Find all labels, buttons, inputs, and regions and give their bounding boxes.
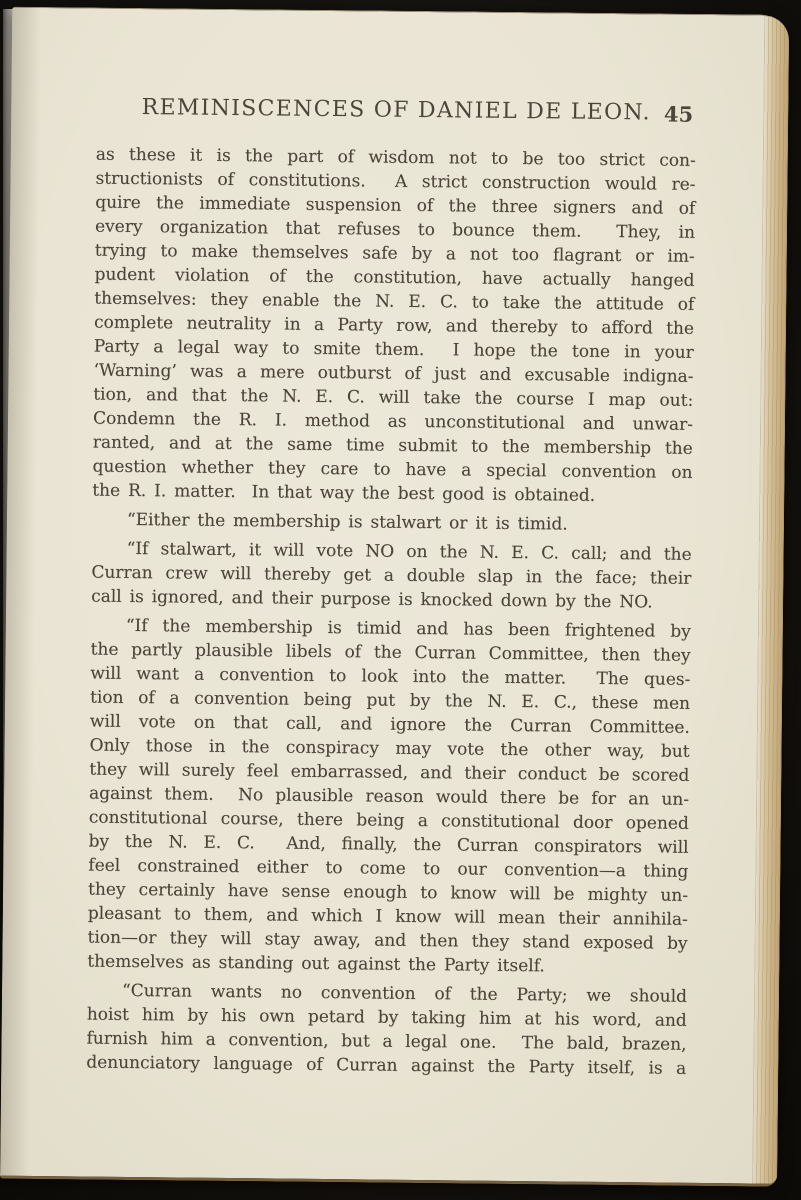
text-line: call is ignored, and their purpose is kn… — [91, 585, 691, 615]
paragraph: as these it is the part of wisdom not to… — [92, 143, 696, 509]
paragraph: “If the membership is timid and has been… — [87, 614, 691, 980]
page-header: REMINISCENCES OF DANIEL DE LEON. 45 — [96, 95, 696, 125]
body-text: as these it is the part of wisdom not to… — [86, 143, 696, 1081]
paragraph: “If stalwart, it will vote NO on the N. … — [91, 537, 692, 615]
paragraph: “Either the membership is stalwart or it… — [92, 508, 692, 538]
running-title: REMINISCENCES OF DANIEL DE LEON. — [96, 95, 696, 126]
page-content: REMINISCENCES OF DANIEL DE LEON. 45 as t… — [86, 95, 696, 1081]
text-line: denunciatory language of Curran against … — [86, 1051, 686, 1081]
page-number: 45 — [664, 102, 693, 127]
text-line: “Either the membership is stalwart or it… — [92, 508, 692, 538]
book-page: REMINISCENCES OF DANIEL DE LEON. 45 as t… — [0, 7, 789, 1187]
paragraph: “Curran wants no convention of the Party… — [86, 979, 687, 1081]
